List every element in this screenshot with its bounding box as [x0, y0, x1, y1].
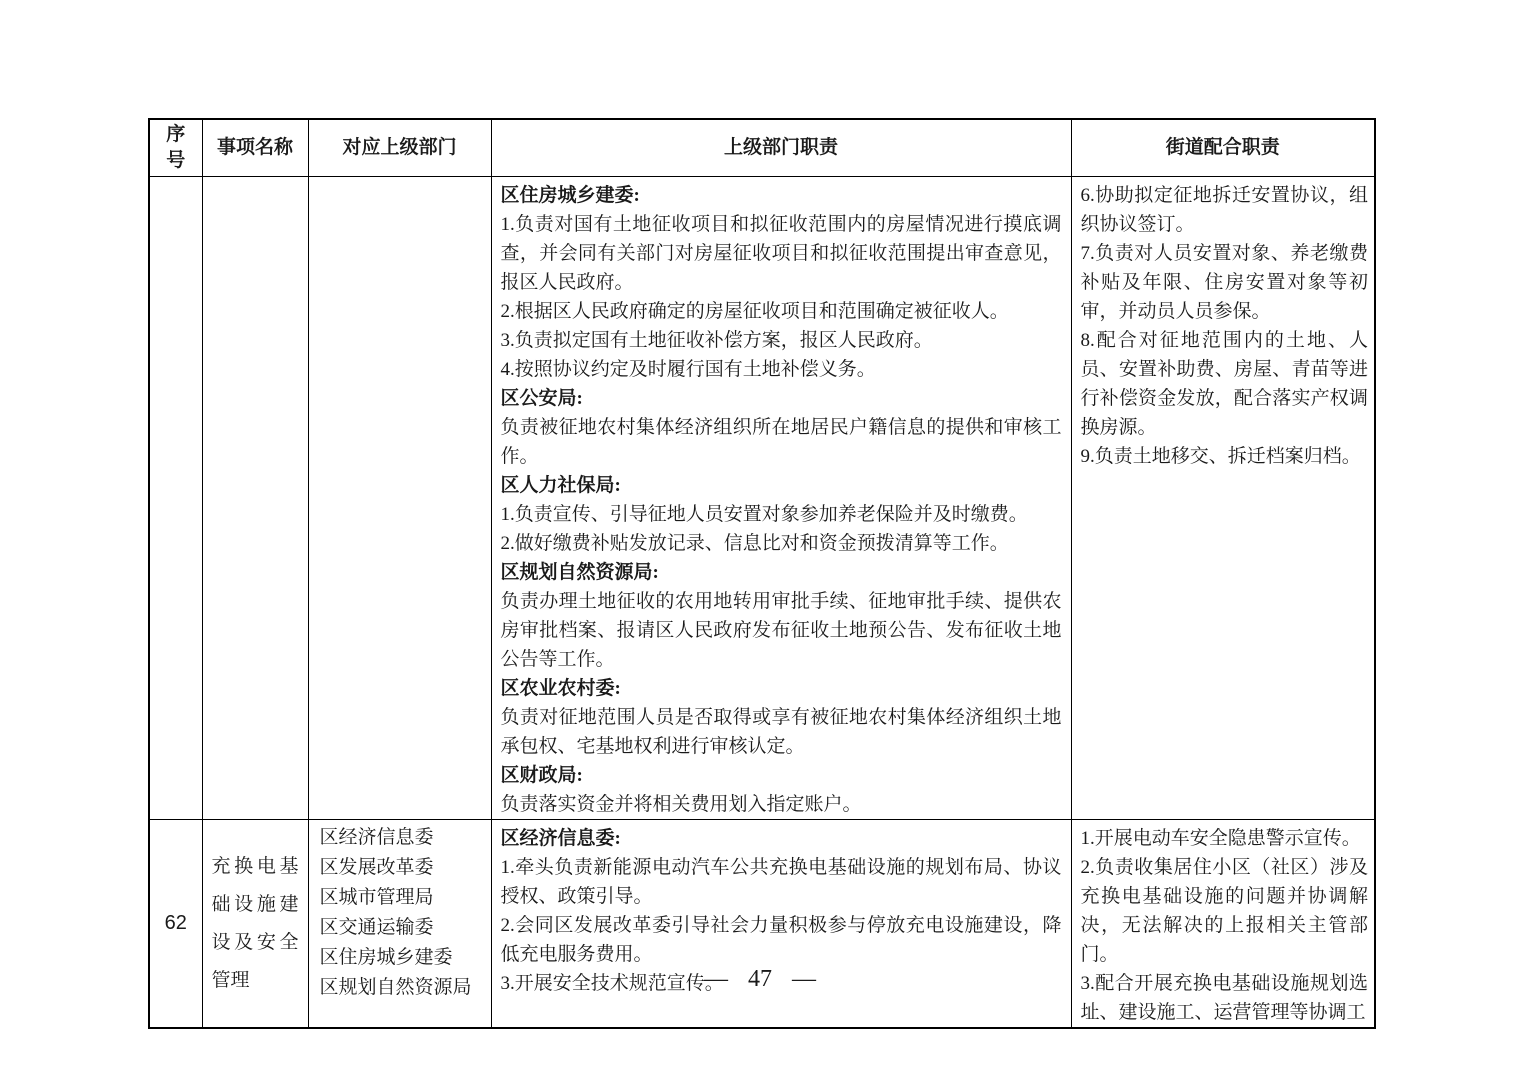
- duty-item: 负责被征地农村集体经济组织所在地居民户籍信息的提供和审核工作。: [501, 413, 1062, 471]
- cell-superior-duties: 区经济信息委: 1.牵头负责新能源电动汽车公共充换电基础设施的规划布局、协议授权…: [491, 820, 1071, 1029]
- duty-heading: 区农业农村委:: [501, 674, 1062, 703]
- duty-heading: 区规划自然资源局:: [501, 558, 1062, 587]
- street-duty-item: 1.开展电动车安全隐患警示宣传。: [1081, 824, 1369, 853]
- cell-street-duties: 6.协助拟定征地拆迁安置协议，组织协议签订。 7.负责对人员安置对象、养老缴费补…: [1071, 177, 1375, 820]
- duty-item: 1.负责宣传、引导征地人员安置对象参加养老保险并及时缴费。: [501, 500, 1062, 529]
- cell-departments: [308, 177, 491, 820]
- duty-item: 2.做好缴费补贴发放记录、信息比对和资金预拨清算等工作。: [501, 529, 1062, 558]
- duty-item: 4.按照协议约定及时履行国有土地补偿义务。: [501, 355, 1062, 384]
- duty-item: 2.会同区发展改革委引导社会力量积极参与停放充电设施建设，降低充电服务费用。: [501, 911, 1062, 969]
- document-page: 序号 事项名称 对应上级部门 上级部门职责 街道配合职责 区住房城乡建委: 1.…: [0, 0, 1520, 1074]
- department-item: 区发展改革委: [320, 853, 487, 883]
- duty-heading: 区经济信息委:: [501, 824, 1062, 853]
- cell-item-name: [202, 177, 308, 820]
- department-item: 区城市管理局: [320, 883, 487, 913]
- department-item: 区交通运输委: [320, 913, 487, 943]
- street-duty-item: 7.负责对人员安置对象、养老缴费补贴及年限、住房安置对象等初审，并动员人员参保。: [1081, 239, 1369, 326]
- header-superior-duties: 上级部门职责: [491, 119, 1071, 177]
- cell-departments: 区经济信息委 区发展改革委 区城市管理局 区交通运输委 区住房城乡建委 区规划自…: [308, 820, 491, 1029]
- header-superior-dept: 对应上级部门: [308, 119, 491, 177]
- cell-street-duties: 1.开展电动车安全隐患警示宣传。 2.负责收集居住小区（社区）涉及充换电基础设施…: [1071, 820, 1375, 1029]
- header-seq-label: 序号: [165, 122, 186, 174]
- duty-item: 3.负责拟定国有土地征收补偿方案，报区人民政府。: [501, 326, 1062, 355]
- responsibility-table: 序号 事项名称 对应上级部门 上级部门职责 街道配合职责 区住房城乡建委: 1.…: [148, 118, 1376, 1029]
- table-row-continuation: 区住房城乡建委: 1.负责对国有土地征收项目和拟征收范围内的房屋情况进行摸底调查…: [149, 177, 1375, 820]
- cell-superior-duties: 区住房城乡建委: 1.负责对国有土地征收项目和拟征收范围内的房屋情况进行摸底调查…: [491, 177, 1071, 820]
- header-street-duties: 街道配合职责: [1071, 119, 1375, 177]
- street-duty-item: 8.配合对征地范围内的土地、人员、安置补助费、房屋、青苗等进行补偿资金发放，配合…: [1081, 326, 1369, 442]
- header-seq: 序号: [149, 119, 202, 177]
- duty-item: 2.根据区人民政府确定的房屋征收项目和范围确定被征收人。: [501, 297, 1062, 326]
- duty-heading: 区公安局:: [501, 384, 1062, 413]
- duty-heading: 区财政局:: [501, 761, 1062, 790]
- department-item: 区经济信息委: [320, 823, 487, 853]
- duty-item: 1.牵头负责新能源电动汽车公共充换电基础设施的规划布局、协议授权、政策引导。: [501, 853, 1062, 911]
- duty-item: 1.负责对国有土地征收项目和拟征收范围内的房屋情况进行摸底调查，并会同有关部门对…: [501, 210, 1062, 297]
- duty-heading: 区人力社保局:: [501, 471, 1062, 500]
- street-duty-item: 2.负责收集居住小区（社区）涉及充换电基础设施的问题并协调解决，无法解决的上报相…: [1081, 853, 1369, 969]
- duty-item: 负责落实资金并将相关费用划入指定账户。: [501, 790, 1062, 819]
- duty-heading: 区住房城乡建委:: [501, 181, 1062, 210]
- street-duty-item: 9.负责土地移交、拆迁档案归档。: [1081, 442, 1369, 471]
- header-item-name: 事项名称: [202, 119, 308, 177]
- duty-item: 负责办理土地征收的农用地转用审批手续、征地审批手续、提供农房审批档案、报请区人民…: [501, 587, 1062, 674]
- street-duty-item: 6.协助拟定征地拆迁安置协议，组织协议签订。: [1081, 181, 1369, 239]
- cell-seq: [149, 177, 202, 820]
- table-row-62: 62 充换电基础设施建设及安全管理 区经济信息委 区发展改革委 区城市管理局 区…: [149, 820, 1375, 1029]
- header-row: 序号 事项名称 对应上级部门 上级部门职责 街道配合职责: [149, 119, 1375, 177]
- cell-seq: 62: [149, 820, 202, 1029]
- page-number: — 47 —: [0, 966, 1520, 993]
- duty-item: 负责对征地范围人员是否取得或享有被征地农村集体经济组织土地承包权、宅基地权利进行…: [501, 703, 1062, 761]
- cell-item-name: 充换电基础设施建设及安全管理: [202, 820, 308, 1029]
